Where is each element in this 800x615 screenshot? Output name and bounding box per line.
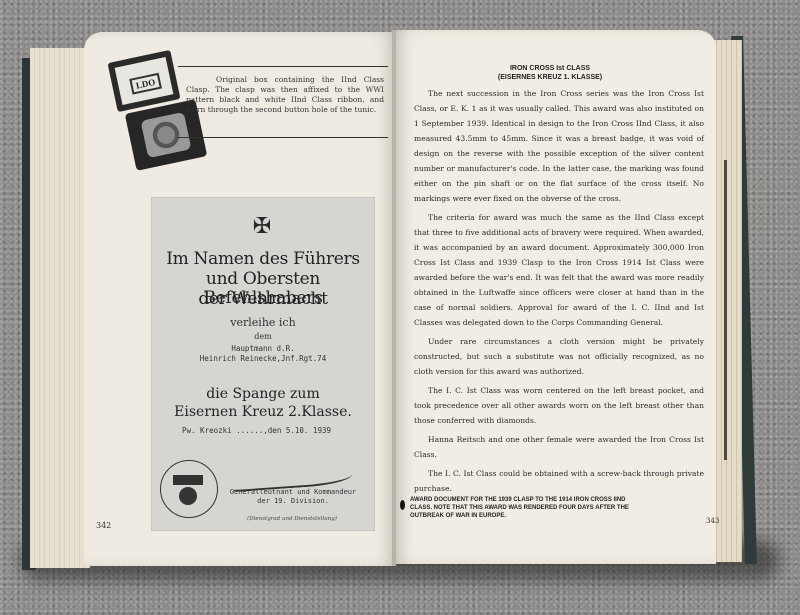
doc-recipient-rank: Hauptmann d.R. — [152, 344, 374, 354]
signer-title: Generalleutnant und Kommandeur — [218, 488, 368, 497]
book-gutter — [392, 30, 396, 566]
doc-award-2: Eisernen Kreuz 2.Klasse. — [152, 404, 374, 420]
official-seal-icon — [160, 460, 218, 518]
page-edges-right — [712, 40, 742, 562]
paragraph: The next succession in the Iron Cross se… — [414, 86, 704, 206]
award-document: ✠ Im Namen des Führers und Obersten Befe… — [152, 198, 374, 530]
photo-caption: Original box containing the IInd Class C… — [186, 75, 384, 115]
doc-heading-3: der Wehrmacht — [152, 290, 374, 309]
doc-place-date: Pw. Kreozki ......,den 5.10. 1939 — [182, 426, 331, 435]
page-number-left: 342 — [96, 521, 111, 530]
paragraph: The I. C. Ist Class was worn centered on… — [414, 383, 704, 428]
caption-bullet-icon — [400, 500, 405, 510]
doc-dem: dem — [152, 332, 374, 341]
page-number-right: 343 — [706, 517, 719, 525]
paragraph: The I. C. Ist Class could be obtained wi… — [414, 466, 704, 496]
paragraph: Under rare circumstances a cloth version… — [414, 334, 704, 379]
paragraph: Hanna Reitsch and one other female were … — [414, 432, 704, 462]
doc-stamp-label: (Dienstgrad und Dienststellung) — [212, 516, 372, 522]
figure-caption: Award document for the 1939 clasp to the… — [410, 496, 640, 520]
body-text: The next succession in the Iron Cross se… — [414, 86, 704, 500]
box-logo: LDO — [129, 73, 162, 95]
doc-heading-1: Im Namen des Führers — [152, 250, 374, 269]
doc-signer-title: Generalleutnant und Kommandeur der 19. D… — [218, 488, 368, 506]
box-lid: LDO — [108, 50, 181, 112]
doc-verleihe: verleihe ich — [152, 316, 374, 329]
doc-award-1: die Spange zum — [152, 386, 374, 402]
page-edges-left — [30, 48, 90, 568]
iron-cross-icon: ✠ — [251, 216, 273, 238]
paragraph: The criteria for award was much the same… — [414, 210, 704, 330]
title-line-1: IRON CROSS Ist CLASS — [430, 64, 670, 73]
signer-unit: der 19. Division. — [218, 497, 368, 506]
photo-caption-box: Original box containing the IInd Class C… — [178, 66, 388, 138]
title-line-2: (EISERNES KREUZ 1. KLASSE) — [430, 73, 670, 82]
doc-recipient-name: Heinrich Reinecke,Jnf.Rgt.74 — [152, 354, 374, 364]
section-title: IRON CROSS Ist CLASS (EISERNES KREUZ 1. … — [430, 64, 670, 82]
